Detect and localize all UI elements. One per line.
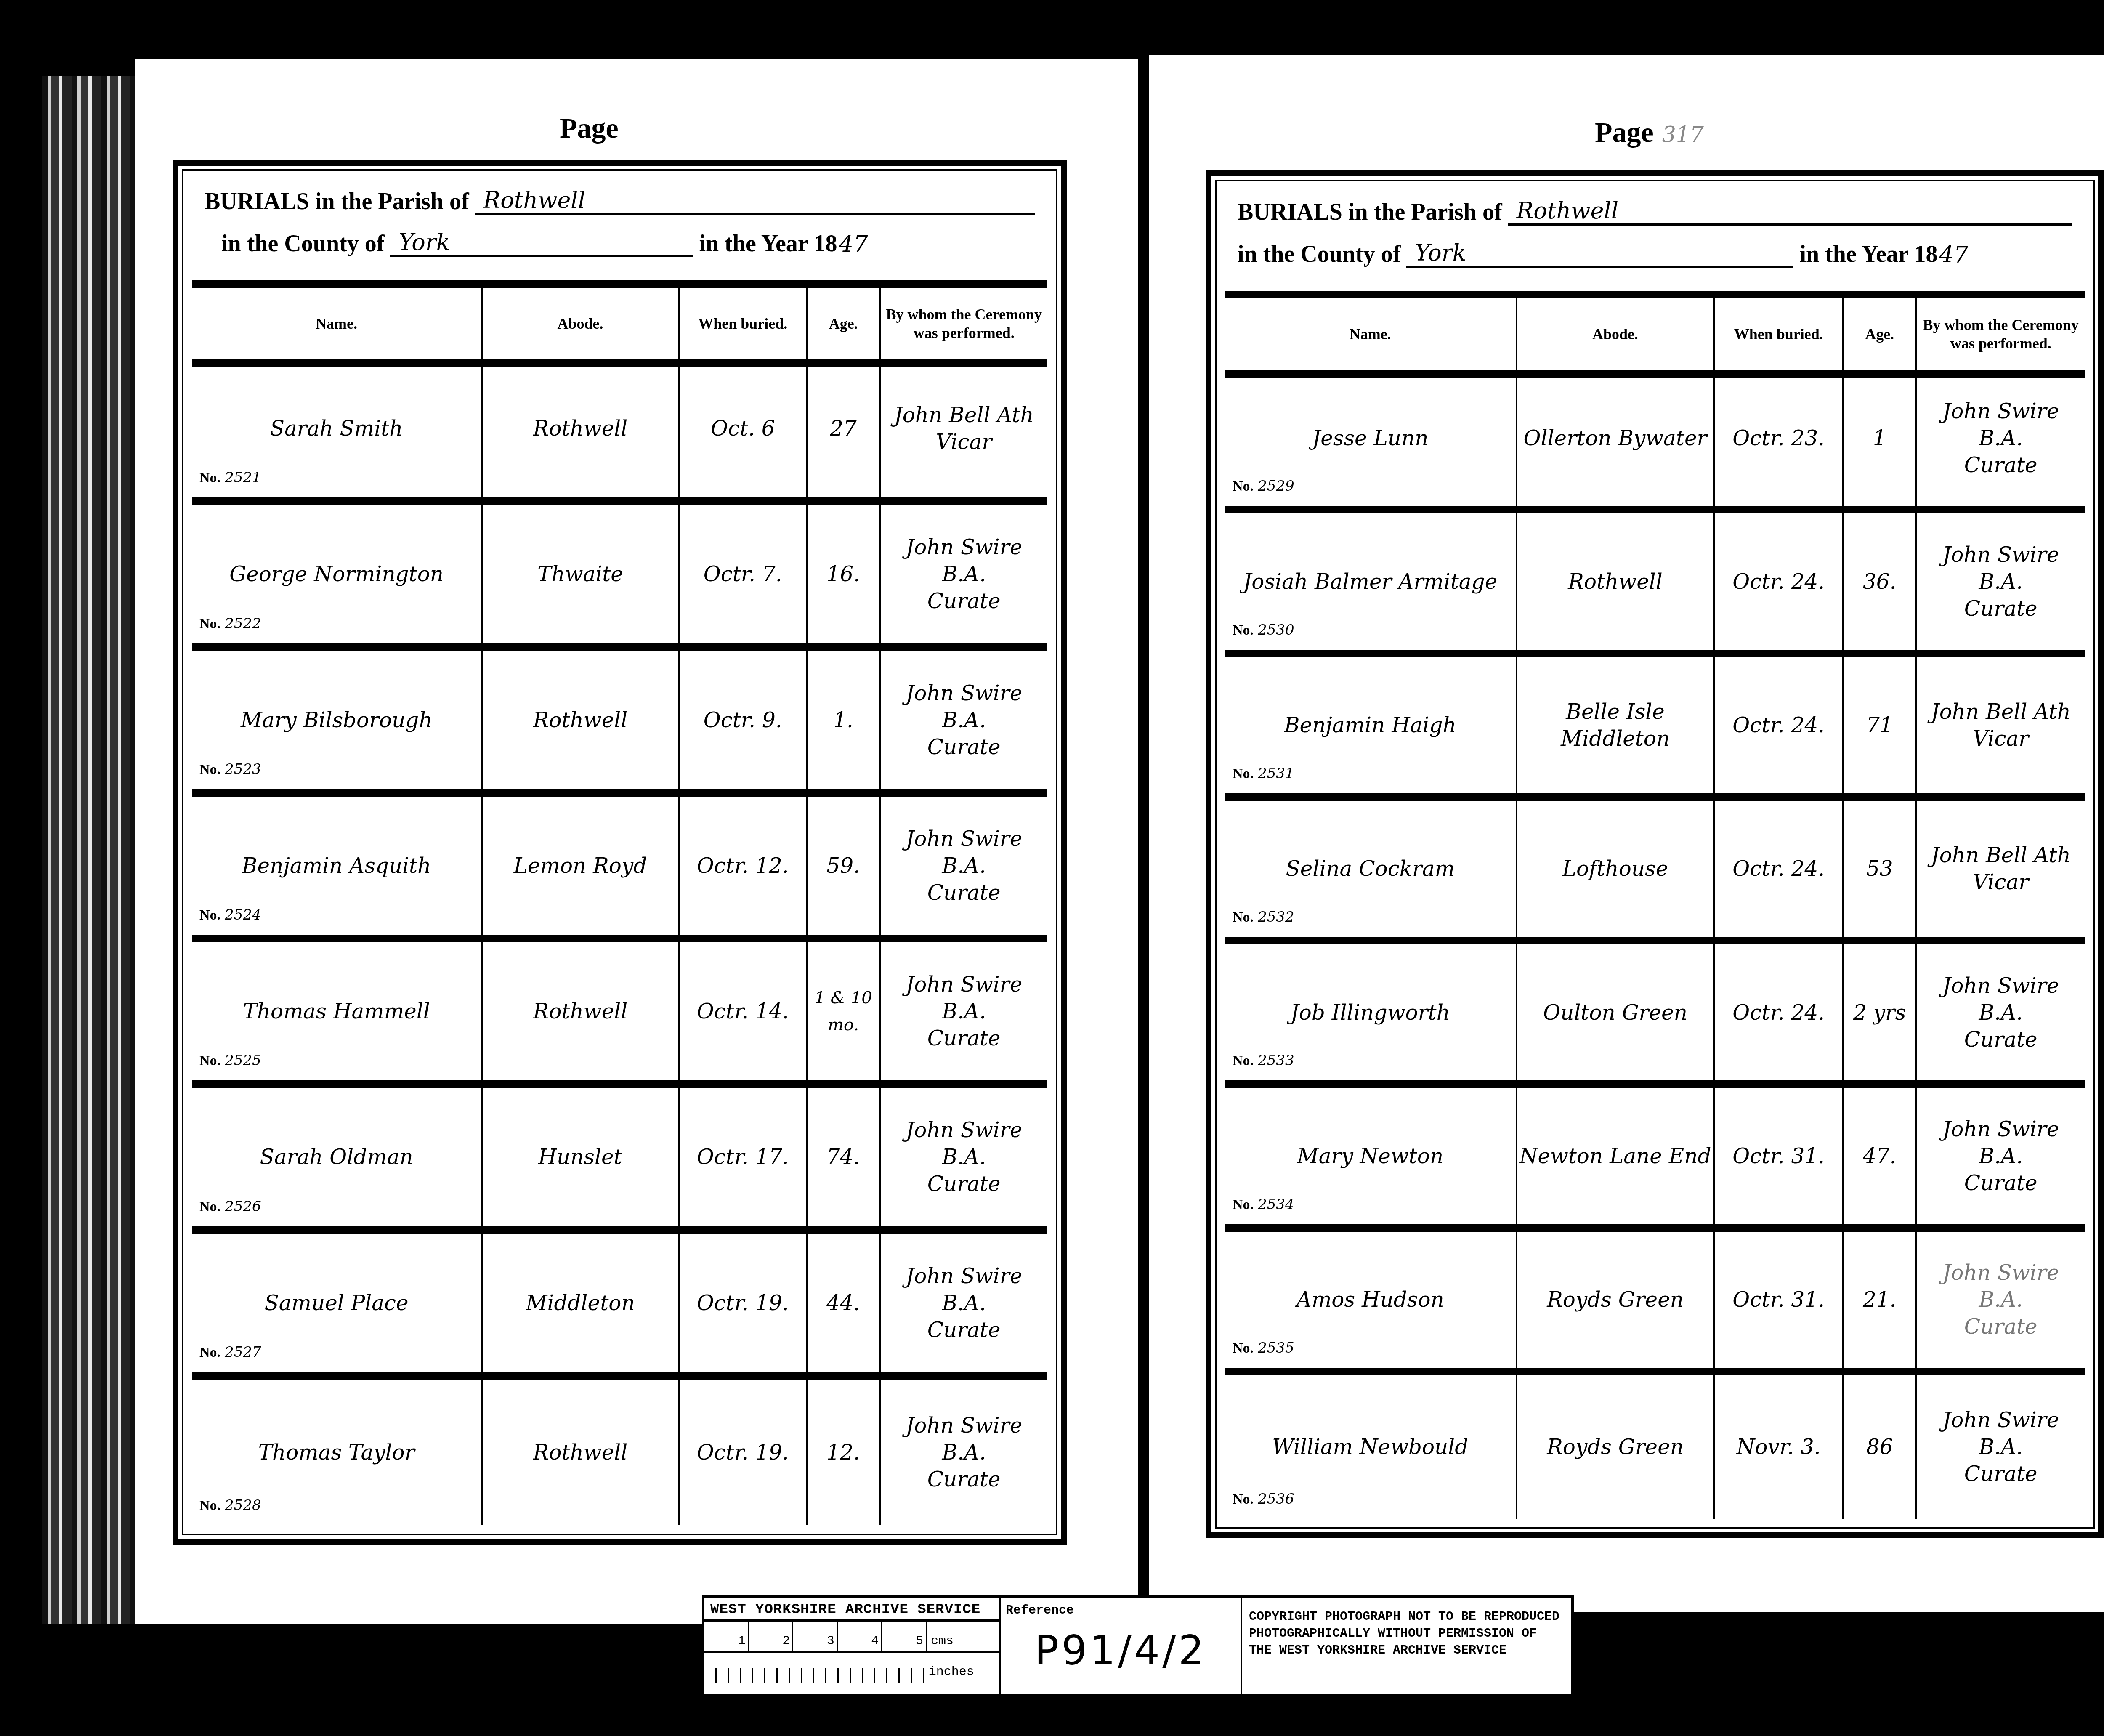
col-header-officiant: By whom the Ceremony was performed. <box>881 288 1047 359</box>
inch-scale: inches <box>704 1653 999 1683</box>
table-row: Benjamin HaighNo.2531 Belle Isle Middlet… <box>1225 657 2085 801</box>
entry-when-buried: Octr. 31. <box>1715 1232 1844 1368</box>
entry-age: 59. <box>808 797 881 935</box>
entry-number: No.2526 <box>199 1193 261 1220</box>
entry-officiant: John SwireB.A.Curate <box>881 651 1047 789</box>
entry-number: No.2523 <box>199 756 261 783</box>
entry-abode: Rothwell <box>1517 513 1715 649</box>
book-edge-left <box>42 76 139 1624</box>
entry-age: 21. <box>1844 1232 1917 1368</box>
table-row: Josiah Balmer ArmitageNo.2530 Rothwell O… <box>1225 513 2085 657</box>
entry-number: No.2531 <box>1233 760 1294 787</box>
right-register-frame: BURIALS in the Parish of Rothwell in the… <box>1206 170 2104 1538</box>
entry-age: 12. <box>808 1380 881 1525</box>
left-year-field: 47 <box>837 232 870 257</box>
entry-abode: Newton Lane End <box>1517 1088 1715 1224</box>
reference-value: P91/4/2 <box>1001 1627 1241 1674</box>
entry-officiant: John SwireB.A.Curate <box>1917 1088 2085 1224</box>
entry-officiant: John Bell AthVicar <box>1917 657 2085 793</box>
archive-reference-label: WEST YORKSHIRE ARCHIVE SERVICE 12345 cms… <box>702 1595 1574 1697</box>
table-row: Thomas TaylorNo.2528 Rothwell Octr. 19. … <box>192 1380 1047 1525</box>
entry-name: Sarah Oldman <box>260 1143 413 1170</box>
entry-abode: Thwaite <box>483 505 680 643</box>
entry-age: 1. <box>808 651 881 789</box>
entry-abode: Rothwell <box>483 1380 680 1525</box>
entry-age: 86 <box>1844 1375 1917 1519</box>
table-row: Sarah SmithNo.2521 Rothwell Oct. 6 27 Jo… <box>192 359 1047 505</box>
entry-abode: Ollerton Bywater <box>1517 370 1715 506</box>
entry-when-buried: Octr. 24. <box>1715 657 1844 793</box>
entry-name: Thomas Taylor <box>258 1439 415 1466</box>
table-row: Job IllingworthNo.2533 Oulton Green Octr… <box>1225 944 2085 1088</box>
right-title-block: BURIALS in the Parish of Rothwell in the… <box>1229 190 2080 291</box>
entry-age: 27 <box>808 359 881 497</box>
entry-when-buried: Octr. 14. <box>680 942 808 1080</box>
entry-abode: Lemon Royd <box>483 797 680 935</box>
entry-name: Jesse Lunn <box>1312 425 1428 452</box>
entry-officiant: John SwireB.A.Curate <box>881 797 1047 935</box>
entry-abode: Lofthouse <box>1517 801 1715 937</box>
scale-ruler: WEST YORKSHIRE ARCHIVE SERVICE 12345 cms… <box>704 1598 1001 1694</box>
entry-name: Amos Hudson <box>1296 1286 1444 1313</box>
entry-officiant: John SwireB.A.Curate <box>881 1088 1047 1226</box>
entry-number: No.2534 <box>1233 1191 1294 1218</box>
book-gutter <box>1138 55 1149 1620</box>
cm-scale: 12345 cms <box>704 1622 999 1653</box>
entry-officiant: John SwireB.A.Curate <box>881 942 1047 1080</box>
entry-abode: Middleton <box>483 1234 680 1372</box>
entry-number: No.2535 <box>1233 1335 1294 1362</box>
entry-when-buried: Novr. 3. <box>1715 1375 1844 1519</box>
table-row: Sarah OldmanNo.2526 Hunslet Octr. 17. 74… <box>192 1088 1047 1234</box>
right-entries: Jesse LunnNo.2529 Ollerton Bywater Octr.… <box>1225 370 2085 1519</box>
table-row: Mary BilsboroughNo.2523 Rothwell Octr. 9… <box>192 651 1047 797</box>
col-header-age: Age. <box>1844 298 1917 370</box>
entry-age: 1 & 10 mo. <box>808 942 881 1080</box>
right-page-heading: Page317 <box>1595 116 1704 149</box>
entry-name: Thomas Hammell <box>243 998 430 1025</box>
col-header-age: Age. <box>808 288 881 359</box>
entry-when-buried: Oct. 6 <box>680 359 808 497</box>
entry-number: No.2532 <box>1233 904 1294 931</box>
entry-officiant: John SwireB.A.Curate <box>1917 944 2085 1080</box>
entry-officiant: John SwireB.A.Curate <box>1917 1375 2085 1519</box>
entry-age: 53 <box>1844 801 1917 937</box>
entry-name: William Newbould <box>1272 1433 1468 1460</box>
table-row: William NewbouldNo.2536 Royds Green Novr… <box>1225 1375 2085 1519</box>
entry-age: 44. <box>808 1234 881 1372</box>
entry-number: No.2528 <box>199 1492 261 1519</box>
entry-when-buried: Octr. 19. <box>680 1234 808 1372</box>
right-year-field: 47 <box>1938 242 1970 268</box>
left-column-headers: Name. Abode. When buried. Age. By whom t… <box>192 280 1047 367</box>
entry-number: No.2521 <box>199 464 261 492</box>
table-row: George NormingtonNo.2522 Thwaite Octr. 7… <box>192 505 1047 651</box>
entry-name: Mary Newton <box>1297 1143 1444 1170</box>
left-parish-line: BURIALS in the Parish of Rothwell <box>205 188 1035 215</box>
left-county-line: in the County of York in the Year 1847 <box>221 230 869 257</box>
entry-when-buried: Octr. 9. <box>680 651 808 789</box>
right-county-field: York <box>1406 240 1793 268</box>
col-header-when-buried: When buried. <box>1715 298 1844 370</box>
col-header-officiant: By whom the Ceremony was performed. <box>1917 298 2085 370</box>
entry-when-buried: Octr. 23. <box>1715 370 1844 506</box>
archive-name: WEST YORKSHIRE ARCHIVE SERVICE <box>704 1598 999 1622</box>
col-header-abode: Abode. <box>1517 298 1715 370</box>
left-county-field: York <box>390 230 693 257</box>
entry-when-buried: Octr. 7. <box>680 505 808 643</box>
left-title-block: BURIALS in the Parish of Rothwell in the… <box>196 179 1043 280</box>
entry-officiant: John Bell AthVicar <box>881 359 1047 497</box>
reference-label: Reference <box>1001 1598 1241 1624</box>
col-header-name: Name. <box>192 288 483 359</box>
entry-when-buried: Octr. 17. <box>680 1088 808 1226</box>
entry-officiant: John SwireB.A.Curate <box>881 505 1047 643</box>
entry-abode: Rothwell <box>483 651 680 789</box>
entry-age: 16. <box>808 505 881 643</box>
right-county-line: in the County of York in the Year 1847 <box>1238 240 1970 268</box>
entry-name: Job Illingworth <box>1291 999 1450 1026</box>
entry-age: 74. <box>808 1088 881 1226</box>
entry-abode: Royds Green <box>1517 1375 1715 1519</box>
entry-number: No.2522 <box>199 610 261 638</box>
entry-abode: Royds Green <box>1517 1232 1715 1368</box>
entry-name: Benjamin Asquith <box>242 852 431 879</box>
entry-officiant: John SwireB.A.Curate <box>1917 513 2085 649</box>
inch-ticks <box>704 1653 924 1683</box>
entry-abode: Rothwell <box>483 359 680 497</box>
entry-when-buried: Octr. 19. <box>680 1380 808 1525</box>
entry-age: 1 <box>1844 370 1917 506</box>
table-row: Thomas HammellNo.2525 Rothwell Octr. 14.… <box>192 942 1047 1088</box>
table-row: Amos HudsonNo.2535 Royds Green Octr. 31.… <box>1225 1232 2085 1375</box>
entry-name: Benjamin Haigh <box>1284 712 1456 739</box>
table-row: Mary NewtonNo.2534 Newton Lane End Octr.… <box>1225 1088 2085 1231</box>
left-page-heading: Page <box>560 112 627 145</box>
entry-name: Sarah Smith <box>270 415 403 442</box>
entry-age: 47. <box>1844 1088 1917 1224</box>
reference-box: Reference P91/4/2 <box>1001 1598 1242 1694</box>
entry-when-buried: Octr. 24. <box>1715 944 1844 1080</box>
entry-number: No.2533 <box>1233 1047 1294 1074</box>
entry-when-buried: Octr. 31. <box>1715 1088 1844 1224</box>
entry-when-buried: Octr. 24. <box>1715 513 1844 649</box>
right-parish-line: BURIALS in the Parish of Rothwell <box>1238 198 2072 226</box>
entry-officiant: John SwireB.A.Curate <box>881 1380 1047 1525</box>
col-header-abode: Abode. <box>483 288 680 359</box>
left-entries: Sarah SmithNo.2521 Rothwell Oct. 6 27 Jo… <box>192 359 1047 1525</box>
entry-age: 71 <box>1844 657 1917 793</box>
col-header-name: Name. <box>1225 298 1517 370</box>
entry-number: No.2525 <box>199 1047 261 1074</box>
table-row: Samuel PlaceNo.2527 Middleton Octr. 19. … <box>192 1234 1047 1380</box>
table-row: Jesse LunnNo.2529 Ollerton Bywater Octr.… <box>1225 370 2085 513</box>
right-column-headers: Name. Abode. When buried. Age. By whom t… <box>1225 291 2085 378</box>
entry-number: No.2529 <box>1233 473 1294 500</box>
entry-name: Mary Bilsborough <box>241 707 433 734</box>
entry-officiant: John SwireB.A.Curate <box>881 1234 1047 1372</box>
copyright-notice: COPYRIGHT PHOTOGRAPH NOT TO BE REPRODUCE… <box>1242 1598 1571 1694</box>
entry-number: No.2524 <box>199 901 261 929</box>
entry-number: No.2530 <box>1233 617 1294 644</box>
right-page-number: 317 <box>1662 122 1704 147</box>
entry-abode: Oulton Green <box>1517 944 1715 1080</box>
entry-name: Selina Cockram <box>1286 855 1455 882</box>
entry-number: No.2527 <box>199 1339 261 1366</box>
left-register-frame: BURIALS in the Parish of Rothwell in the… <box>173 160 1067 1545</box>
entry-officiant: John SwireB.A.Curate <box>1917 1232 2085 1368</box>
entry-age: 36. <box>1844 513 1917 649</box>
col-header-when-buried: When buried. <box>680 288 808 359</box>
entry-when-buried: Octr. 24. <box>1715 801 1844 937</box>
entry-age: 2 yrs <box>1844 944 1917 1080</box>
entry-name: Samuel Place <box>265 1289 409 1316</box>
entry-officiant: John SwireB.A.Curate <box>1917 370 2085 506</box>
entry-officiant: John Bell AthVicar <box>1917 801 2085 937</box>
entry-name: George Normington <box>229 561 444 588</box>
entry-abode: Belle Isle Middleton <box>1517 657 1715 793</box>
left-parish-field: Rothwell <box>475 188 1035 215</box>
table-row: Selina CockramNo.2532 Lofthouse Octr. 24… <box>1225 801 2085 944</box>
entry-abode: Hunslet <box>483 1088 680 1226</box>
table-row: Benjamin AsquithNo.2524 Lemon Royd Octr.… <box>192 797 1047 942</box>
entry-abode: Rothwell <box>483 942 680 1080</box>
entry-when-buried: Octr. 12. <box>680 797 808 935</box>
entry-name: Josiah Balmer Armitage <box>1243 568 1497 595</box>
entry-number: No.2536 <box>1233 1486 1294 1513</box>
right-parish-field: Rothwell <box>1508 198 2072 226</box>
